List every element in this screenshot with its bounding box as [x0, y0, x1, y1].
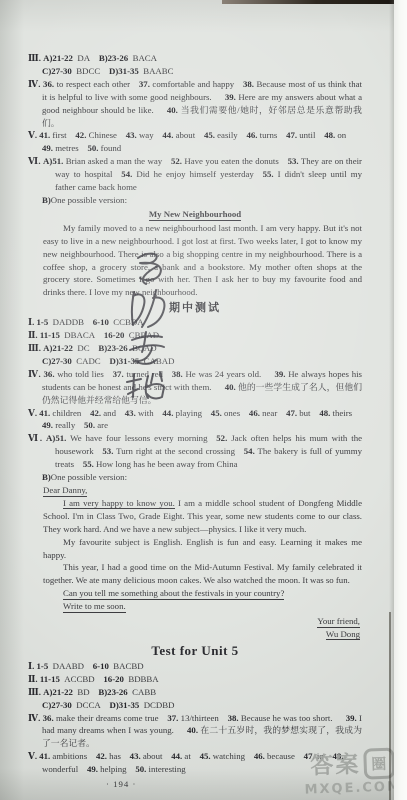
- essay-body: My family moved to a new neighbourhood l…: [43, 222, 362, 299]
- letter: Dear Danny, I am very happy to know you.…: [43, 484, 362, 641]
- unit5-heading: Test for Unit 5: [28, 643, 362, 659]
- answer-line: Ⅱ. 11-15 ACCBD 16-20 BDBBA: [28, 673, 362, 686]
- letter-salutation: Dear Danny,: [43, 484, 362, 497]
- photo-edge-top: [222, 0, 394, 4]
- watermark-logo: 答案圈 MXQE.COM: [303, 747, 402, 797]
- letter-p1-underlined: I am very happy to know you.: [63, 498, 175, 510]
- letter-closing: Write to me soon.: [43, 600, 362, 613]
- answer-line: Ⅳ. 36. to respect each other 37. comfort…: [28, 78, 362, 130]
- letter-paragraph: My favourite subject is English. English…: [43, 536, 362, 562]
- answer-line: B)One possible version:: [42, 471, 362, 484]
- book-page: Ⅲ. A)21-22 DA B)23-26 BACAC)27-30 BDCC D…: [0, 0, 407, 800]
- answer-line: Ⅱ. 11-15 DBACA 16-20 CBBAD: [28, 329, 362, 342]
- answer-line: Ⅵ. A)51. We have four lessons every morn…: [28, 432, 362, 471]
- answer-line: Ⅲ. A)21-22 DA B)23-26 BACA: [28, 52, 362, 65]
- answer-line: Ⅳ. 36. who told lies 37. turned red 38. …: [28, 368, 362, 407]
- answer-line: C)27-30 CADC D)31-35 CABAD: [42, 355, 362, 368]
- answer-line: Ⅴ. 41. children 42. and 43. with 44. pla…: [28, 407, 362, 433]
- letter-paragraph: I am very happy to know you. I am a midd…: [43, 497, 362, 536]
- answer-line: Ⅰ. 1-5 DAABD 6-10 BACBD: [28, 660, 362, 673]
- answer-line: Ⅵ. A)51. Brian asked a man the way 52. H…: [28, 155, 362, 194]
- answer-line: Ⅲ. A)21-22 DC B)23-26 BCAD: [28, 342, 362, 355]
- watermark-site: MXQE.COM: [304, 779, 402, 797]
- letter-paragraph: This year, I had a good time on the Mid-…: [43, 561, 362, 587]
- letter-signoff: Your friend, Wu Dong: [43, 615, 360, 641]
- answer-line: Ⅴ. 41. first 42. Chinese 43. way 44. abo…: [28, 129, 362, 155]
- signoff-label: Your friend,: [43, 615, 360, 628]
- answer-line: B)One possible version:: [42, 194, 362, 207]
- letter-question: Can you tell me something about the fest…: [43, 587, 362, 600]
- signature: Wu Dong: [43, 628, 360, 641]
- section-unit4-answers: Ⅲ. A)21-22 DA B)23-26 BACAC)27-30 BDCC D…: [28, 52, 362, 207]
- answer-line: Ⅳ. 36. make their dreams come true 37. 1…: [28, 712, 362, 751]
- midterm-heading: 期中测试: [28, 300, 362, 315]
- answer-line: Ⅲ. A)21-22 BD B)23-26 CABB: [28, 686, 362, 699]
- photo-edge-right: [394, 0, 407, 800]
- answer-key-content: Ⅲ. A)21-22 DA B)23-26 BACAC)27-30 BDCC D…: [28, 52, 362, 791]
- section-midterm-answers: Ⅰ. 1-5 DADDB 6-10 CCBDAⅡ. 11-15 DBACA 16…: [28, 316, 362, 484]
- watermark-brand: 答案圈: [303, 747, 401, 781]
- page-edge-line: [389, 612, 391, 800]
- answer-line: C)27-30 BDCC D)31-35 BAABC: [42, 65, 362, 78]
- essay-title: My New Neighbourhood: [28, 208, 362, 221]
- watermark-brand-text: 答案: [310, 751, 361, 779]
- answer-line: Ⅰ. 1-5 DADDB 6-10 CCBDA: [28, 316, 362, 329]
- answer-line: C)27-30 DCCA D)31-35 DCDBD: [42, 699, 362, 712]
- photo-edge-left: [0, 0, 24, 800]
- essay-title-text: My New Neighbourhood: [149, 209, 241, 221]
